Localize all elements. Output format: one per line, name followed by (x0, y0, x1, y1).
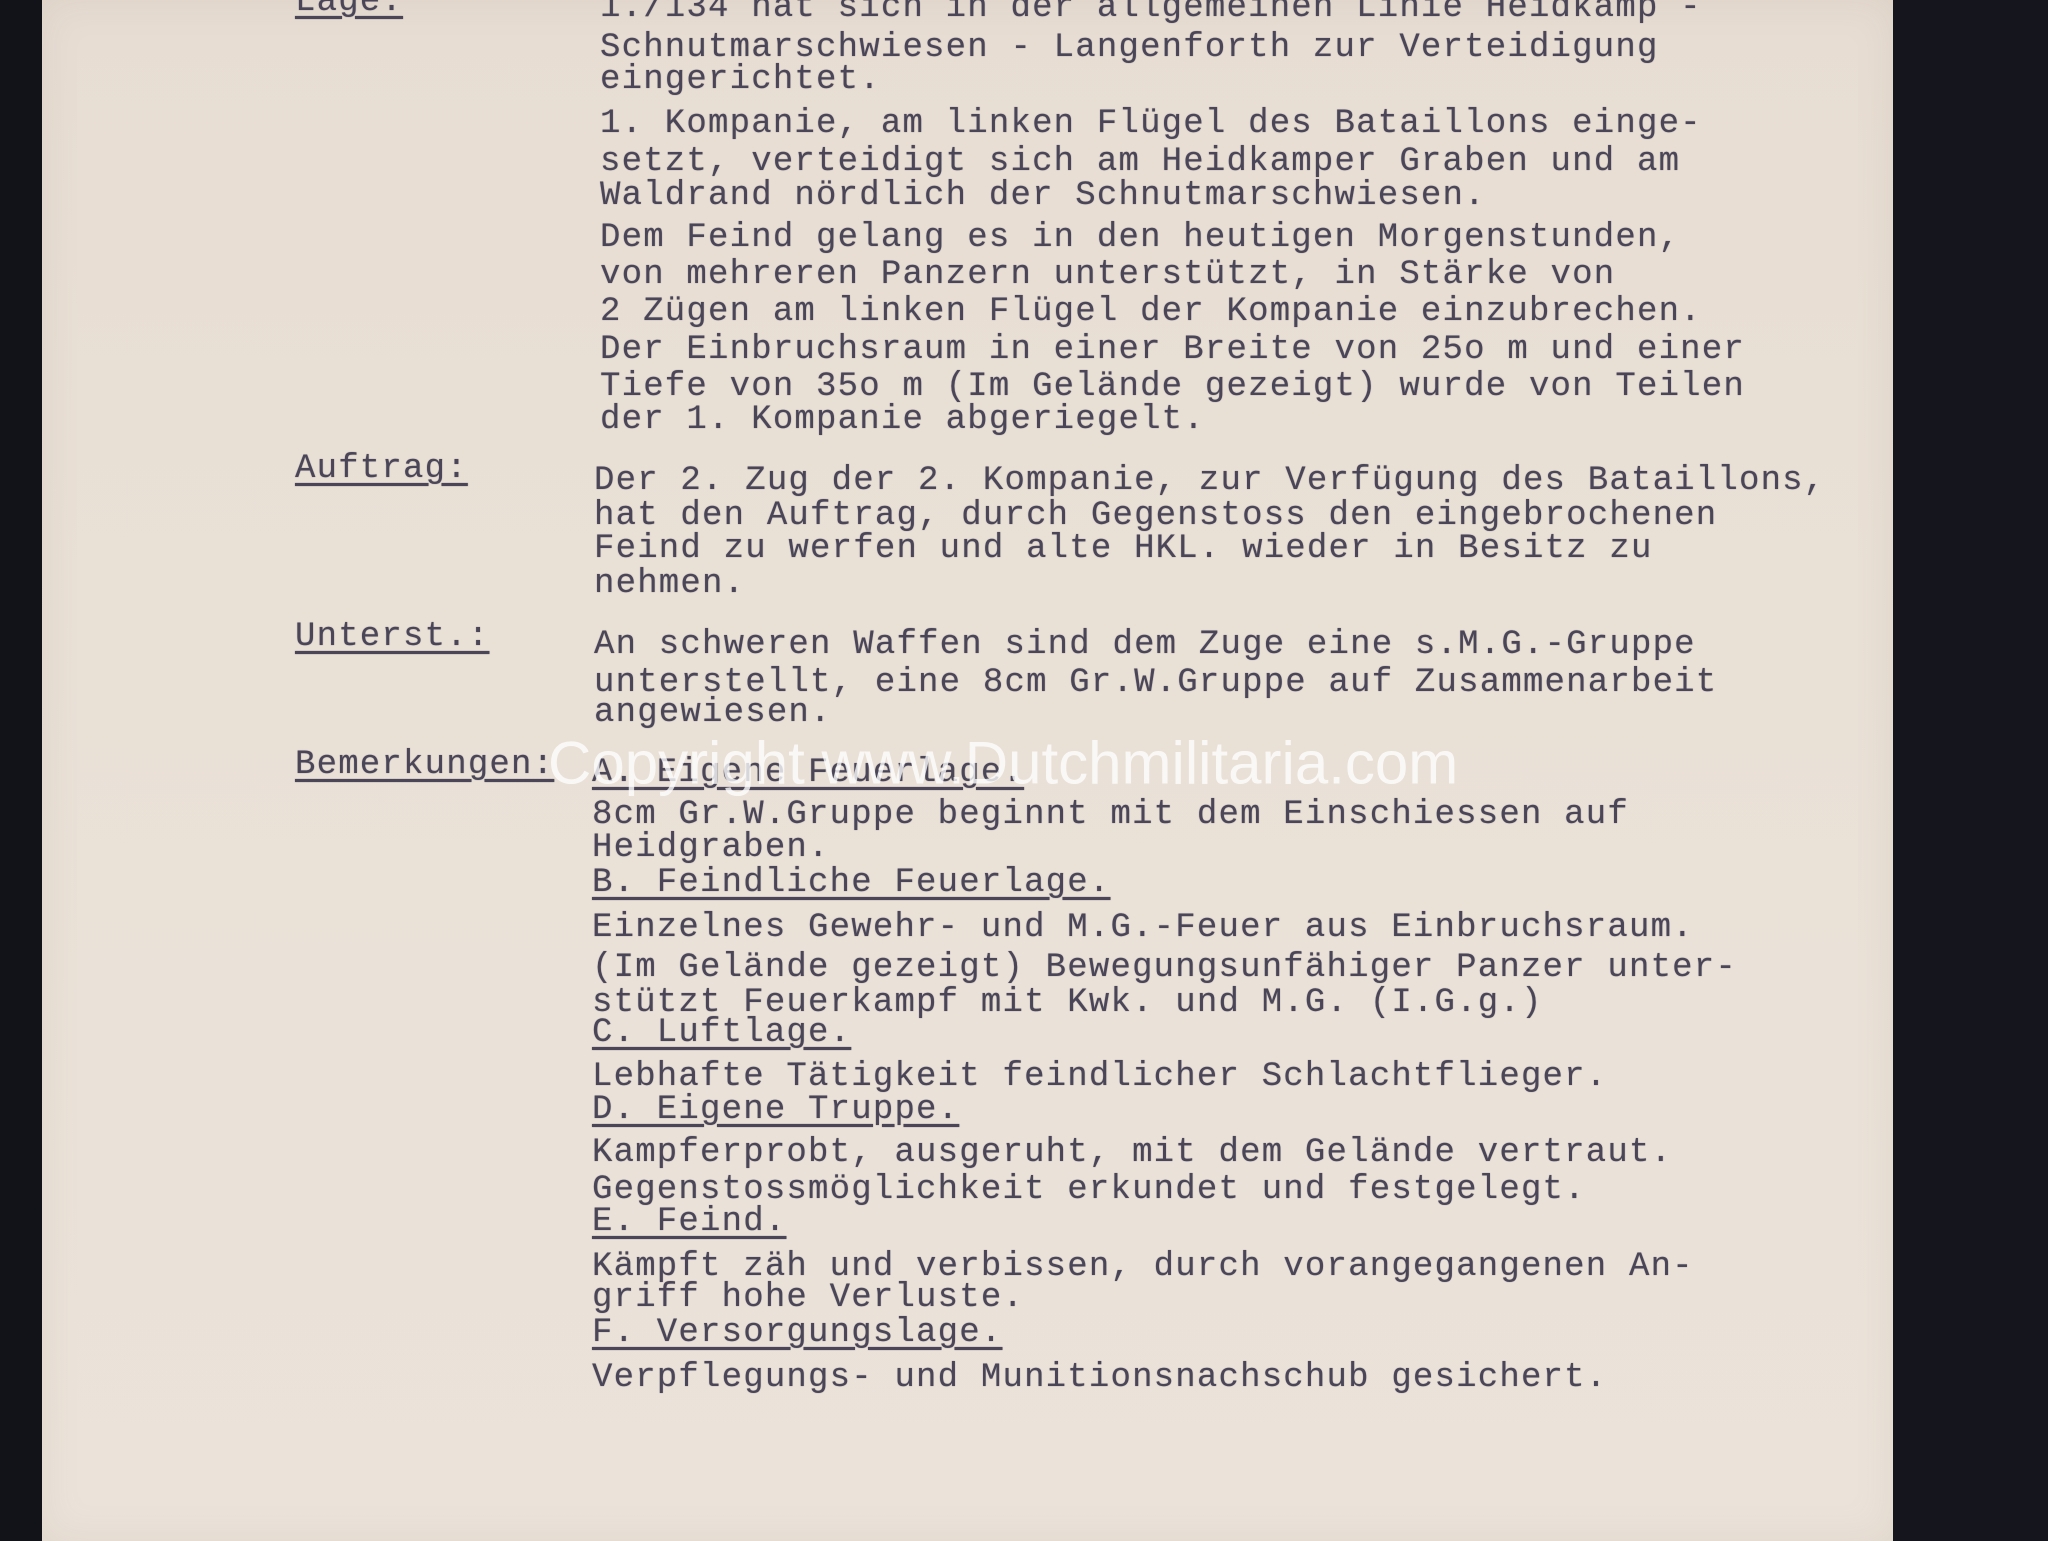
subheading-f: F. Versorgungslage. (592, 1315, 1002, 1351)
subheading-d: D. Eigene Truppe. (592, 1092, 959, 1128)
subheading-e: E. Feind. (592, 1204, 786, 1240)
subheading-c: C. Luftlage. (592, 1015, 851, 1051)
text-line: 8cm Gr.W.Gruppe beginnt mit dem Einschie… (592, 797, 1629, 833)
text-line: Der 2. Zug der 2. Kompanie, zur Verfügun… (594, 463, 1825, 499)
copyright-watermark: Copyright www.Dutchmilitaria.com (548, 729, 1458, 798)
text-line: 1./134 hat sich in der allgemeinen Linie… (600, 0, 1702, 26)
text-line: Heidgraben. (592, 830, 830, 866)
text-line: angewiesen. (594, 695, 832, 731)
text-line: Einzelnes Gewehr- und M.G.-Feuer aus Ein… (592, 910, 1694, 946)
text-line: 2 Zügen am linken Flügel der Kompanie ei… (600, 294, 1702, 330)
text-line: eingerichtet. (600, 62, 881, 98)
background-left (0, 0, 42, 1541)
background-right (1893, 0, 2048, 1541)
text-line: (Im Gelände gezeigt) Bewegungsunfähiger … (592, 950, 1737, 986)
text-line: Tiefe von 35o m (Im Gelände gezeigt) wur… (600, 369, 1745, 405)
text-line: Kampferprobt, ausgeruht, mit dem Gelände… (592, 1135, 1672, 1171)
text-line: Feind zu werfen und alte HKL. wieder in … (594, 531, 1653, 567)
text-line: Waldrand nördlich der Schnutmarschwiesen… (600, 178, 1486, 214)
text-line: nehmen. (594, 566, 745, 602)
text-line: Lebhafte Tätigkeit feindlicher Schlachtf… (592, 1059, 1607, 1095)
text-line: griff hohe Verluste. (592, 1280, 1024, 1316)
label-lage: Lage: (295, 0, 403, 20)
text-line: An schweren Waffen sind dem Zuge eine s.… (594, 627, 1696, 663)
text-line: setzt, verteidigt sich am Heidkamper Gra… (600, 144, 1680, 180)
text-line: Der Einbruchsraum in einer Breite von 25… (600, 332, 1745, 368)
label-auftrag: Auftrag: (295, 451, 468, 487)
text-line: 1. Kompanie, am linken Flügel des Batail… (600, 106, 1702, 142)
text-line: hat den Auftrag, durch Gegenstoss den ei… (594, 498, 1717, 534)
text-line: Dem Feind gelang es in den heutigen Morg… (600, 220, 1680, 256)
text-line: Verpflegungs- und Munitionsnachschub ges… (592, 1360, 1607, 1396)
label-bemerkungen: Bemerkungen: (295, 747, 554, 783)
subheading-b: B. Feindliche Feuerlage. (592, 865, 1110, 901)
label-unterst: Unterst.: (295, 619, 489, 655)
text-line: von mehreren Panzern unterstützt, in Stä… (600, 257, 1615, 293)
text-line: der 1. Kompanie abgeriegelt. (600, 402, 1205, 438)
